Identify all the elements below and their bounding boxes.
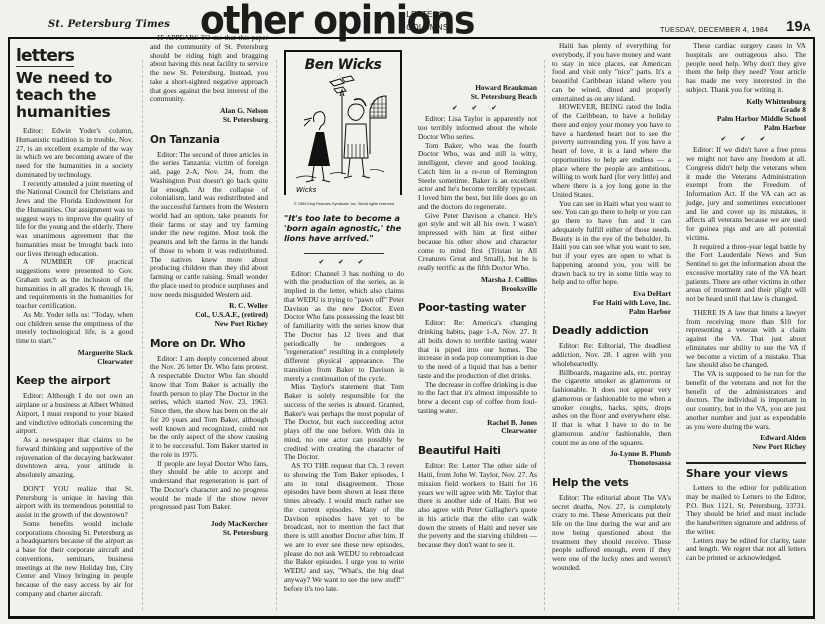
share-box-headline: Share your views	[686, 468, 806, 480]
signature-city: Thonotosassa	[552, 459, 671, 468]
signature: Howard Braukman St. Petersburg Beach	[418, 84, 537, 102]
paragraph: Editor: Re: America's changing drinking …	[418, 319, 537, 380]
masthead: St. Petersburg Times other opinions LETT…	[0, 0, 825, 40]
signature-city: Clearwater	[418, 427, 537, 436]
headline: On Tanzania	[150, 134, 268, 146]
paragraph: AS TO THE request that Ch. 3 revert to s…	[284, 462, 404, 593]
paragraph: DON'T YOU realize that St. Petersburg is…	[16, 485, 133, 520]
paragraph: These cardiac surgery cases in VA hospit…	[686, 42, 806, 95]
cartoon-credit: © 1984 King Features Syndicate, Inc. Wor…	[284, 200, 404, 209]
paragraph: THERE IS A law that limits a lawyer from…	[686, 309, 806, 370]
page-number: 19A	[786, 18, 811, 35]
paragraph: Editor: Channel 3 has nothing to do with…	[284, 270, 404, 384]
signature-city: St. Petersburg	[150, 116, 268, 125]
paragraph: Letters to the editor for publication ma…	[686, 484, 806, 537]
letter-dr-who: More on Dr. Who Editor: I am deeply conc…	[150, 338, 268, 538]
signature-city: St. Petersburg Beach	[418, 93, 537, 102]
signature-city: New Port Richey	[686, 443, 806, 452]
paragraph: Give Peter Davison a chance. He's got st…	[418, 212, 537, 273]
newspaper-name: St. Petersburg Times	[48, 19, 170, 30]
column-4: Howard Braukman St. Petersburg Beach ✔ ✔…	[418, 0, 537, 550]
signature: Edward Alden New Port Richey	[686, 434, 806, 452]
editorial-cartoon: Ben Wicks Wicks	[284, 50, 402, 195]
signature-city: St. Petersburg	[150, 529, 268, 538]
headline: Deadly addiction	[552, 325, 671, 337]
paragraph: Billboards, magazine ads, etc. portray t…	[552, 369, 671, 448]
signature: R. C. Weller Col., U.S.A.F., (retired) N…	[150, 302, 268, 328]
cartoon-caption: "It's too late to become a 'born again a…	[284, 213, 404, 243]
lead-headline: We need to teach the humanities	[16, 70, 133, 121]
headline: Help the vets	[552, 477, 671, 489]
headline: Beautiful Haiti	[418, 445, 537, 457]
paragraph: I recently attended a joint meeting of t…	[16, 180, 133, 259]
letter-airport: Keep the airport Editor: Although I do n…	[16, 375, 133, 598]
cartoon-signature: Wicks	[296, 186, 317, 194]
paragraph: Editor: The second of three articles in …	[150, 151, 268, 300]
paragraph: It required a three-year legal battle by…	[686, 243, 806, 304]
letter-tanzania: On Tanzania Editor: The second of three …	[150, 134, 268, 329]
column-1: letters We need to teach the humanities …	[16, 42, 133, 599]
letter-humanities: We need to teach the humanities Editor: …	[16, 70, 133, 366]
paragraph: Tom Baker, who was the fourth Doctor Who…	[418, 142, 537, 212]
cartoon-drawing-icon: Wicks	[286, 74, 404, 194]
cartoon-brand: Ben Wicks	[286, 61, 400, 70]
page-section-letter: A	[803, 22, 811, 34]
paragraph: A NUMBER OF practical suggestions were p…	[16, 258, 133, 311]
paragraph: As a newspaper that claims to be forward…	[16, 436, 133, 480]
signature-city: Brooksville	[418, 285, 537, 294]
signature: Marguerite Slack Clearwater	[16, 349, 133, 367]
separator-checkmarks: ✔ ✔ ✔	[686, 135, 806, 144]
paragraph: IT APPEARS TO me that this paper and the…	[150, 34, 268, 104]
paragraph: Editor: Re: Editorial, The deadliest add…	[552, 342, 671, 368]
paragraph: As Mr. Yoder tells us: "Today, when our …	[16, 311, 133, 346]
signature-city: New Port Richey	[150, 320, 268, 329]
column-divider	[678, 60, 679, 610]
column-divider	[142, 60, 143, 610]
separator-checkmarks: ✔ ✔ ✔	[284, 258, 404, 267]
paragraph: Letters may be edited for clarity, taste…	[686, 537, 806, 563]
letter-water: Poor-tasting water Editor: Re: America's…	[418, 302, 537, 436]
signature-city: Clearwater	[16, 358, 133, 367]
column-divider	[276, 60, 277, 610]
signature: Jody MacKercher St. Petersburg	[150, 520, 268, 538]
letters-flag: letters	[16, 47, 74, 67]
signature: Eva DeHart For Haiti with Love, Inc. Pal…	[552, 290, 671, 316]
caption-rule	[304, 253, 384, 254]
paragraph: Editor: Edwin Yoder's column, Humanistic…	[16, 127, 133, 180]
paragraph: The decrease in coffee drinking is due t…	[418, 381, 537, 416]
paragraph: HOWEVER, BEING rated the India of the Ca…	[552, 103, 671, 199]
paragraph: The VA is supposed to be run for the ben…	[686, 370, 806, 431]
signature: Alan G. Nelson St. Petersburg	[150, 107, 268, 125]
paragraph: Editor: If we didn't have a free press w…	[686, 146, 806, 242]
paragraph: You can see in Haiti what you want to se…	[552, 200, 671, 288]
column-3: Ben Wicks Wicks © 1984 King Features Syn…	[284, 46, 404, 593]
letter-haiti: Beautiful Haiti Editor: Re: Letter The o…	[418, 445, 537, 550]
column-2: IT APPEARS TO me that this paper and the…	[150, 50, 268, 538]
column-5: Haiti has plenty of everything for every…	[552, 42, 671, 573]
signature-city: Palm Harbor	[552, 308, 671, 317]
paragraph: Miss Taylor's statement that Tom Baker i…	[284, 383, 404, 462]
separator-checkmarks: ✔ ✔ ✔	[418, 104, 537, 113]
column-6: These cardiac surgery cases in VA hospit…	[686, 42, 806, 563]
paragraph: Editor: Although I do not own an airplan…	[16, 392, 133, 436]
share-your-views-box: Share your views Letters to the editor f…	[686, 468, 806, 563]
dateline: TUESDAY, DECEMBER 4, 1984	[660, 25, 768, 34]
letter-addiction: Deadly addiction Editor: Re: Editorial, …	[552, 325, 671, 468]
headline: Poor-tasting water	[418, 302, 537, 314]
headline: Keep the airport	[16, 375, 133, 387]
paragraph: Some benefits would include corporations…	[16, 520, 133, 599]
signature: Jo-Lynne B. Plumb Thonotosassa	[552, 450, 671, 468]
signature: Rachel B. Jones Clearwater	[418, 419, 537, 437]
paragraph: If people are loyal Doctor Who fans, the…	[150, 460, 268, 513]
paragraph: Editor: I am deeply concerned about the …	[150, 355, 268, 460]
share-box-rule	[686, 462, 806, 464]
page-number-digits: 19	[786, 18, 803, 35]
column-divider	[544, 60, 545, 610]
letter-vets: Help the vets Editor: The editorial abou…	[552, 477, 671, 573]
paragraph: Haiti has plenty of everything for every…	[552, 42, 671, 103]
paragraph: Editor: The editorial about The VA's sec…	[552, 494, 671, 573]
paragraph: Editor: Re: Letter The other side of Hai…	[418, 462, 537, 550]
headline: More on Dr. Who	[150, 338, 268, 350]
signature: Marsha J. Collins Brooksville	[418, 276, 537, 294]
paragraph: Editor: Lisa Taylor is apparently not to…	[418, 115, 537, 141]
signature-city: Palm Harbor	[686, 124, 806, 133]
signature: Kelly Whittenburg Grade 8 Palm Harbor Mi…	[686, 98, 806, 133]
